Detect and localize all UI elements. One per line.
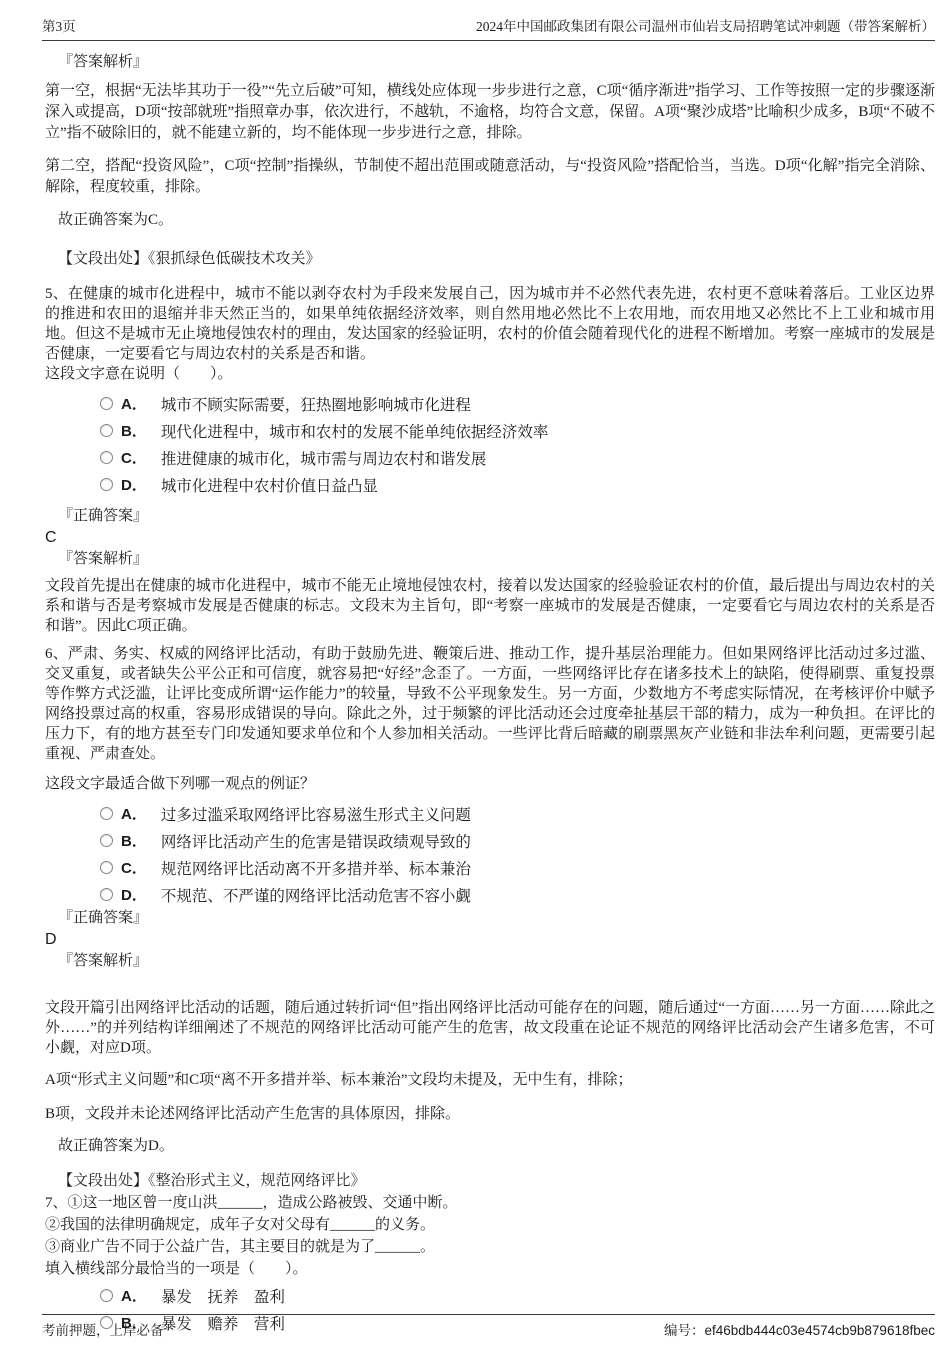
question-5-answer: C [45,527,935,549]
radio-button-icon[interactable] [100,1289,113,1302]
option-letter: C． [121,447,147,468]
question-6-options: A． 过多过滥采取网络评比容易滋生形式主义问题 B． 网络评比活动产生的危害是错… [45,800,935,908]
option-text: 规范网络评比活动离不开多措并举、标本兼治 [161,857,471,879]
exam-document-page: 第3页 2024年中国邮政集团有限公司温州市仙岩支局招聘笔试冲刺题（带答案解析）… [0,0,950,1345]
option-letter: B． [121,830,147,851]
radio-button-icon[interactable] [100,451,113,464]
radio-button-icon[interactable] [100,861,113,874]
page-number: 第3页 [42,18,76,35]
question-7-prompt: 填入横线部分最恰当的一项是（ ）。 [45,1258,935,1280]
option-text: 现代化进程中，城市和农村的发展不能单纯依据经济效率 [161,420,549,442]
radio-button-icon[interactable] [100,834,113,847]
option-letter: C． [121,857,147,878]
analysis-label: 『答案解析』 [58,52,935,73]
option-text: 过多过滥采取网络评比容易滋生形式主义问题 [161,803,471,825]
correct-answer-label: 『正确答案』 [58,506,935,527]
question-7-option-a[interactable]: A． 暴发 抚养 盈利 [45,1282,935,1309]
option-letter: D． [121,884,147,905]
question-5-option-d[interactable]: D． 城市化进程中农村价值日益凸显 [45,471,935,498]
analysis-paragraph: 第二空，搭配“投资风险”，C项“控制”指操纵，节制使不超出范围或随意活动，与“投… [45,156,935,198]
radio-button-icon[interactable] [100,807,113,820]
passage-source: 【文段出处】《狠抓绿色低碳技术攻关》 [58,249,935,270]
page-header: 第3页 2024年中国邮政集团有限公司温州市仙岩支局招聘笔试冲刺题（带答案解析） [42,18,935,41]
question-6-analysis: A项“形式主义问题”和C项“离不开多措并举、标本兼治”文段均未提及，无中生有，排… [45,1070,935,1090]
option-letter: B． [121,420,147,441]
option-text: 城市化进程中农村价值日益凸显 [161,474,378,496]
question-6-answer: D [45,929,935,951]
question-5-stem: 5、在健康的城市化进程中，城市不能以剥夺农村为手段来发展自己，因为城市并不必然代… [45,284,935,364]
option-letter: A． [121,803,147,824]
option-letter: D． [121,474,147,495]
question-6-stem: 6、严肃、务实、权威的网络评比活动，有助于鼓励先进、鞭策后进、推动工作，提升基层… [45,644,935,764]
analysis-conclusion: 故正确答案为D。 [58,1136,935,1157]
option-letter: A． [121,393,147,414]
document-id-value: ef46bdb444c03e4574cb9b879618fbec [705,1323,935,1338]
question-6-prompt: 这段文字最适合做下列哪一观点的例证？ [45,774,935,794]
question-5-option-c[interactable]: C． 推进健康的城市化，城市需与周边农村和谐发展 [45,444,935,471]
option-letter: A． [121,1285,147,1306]
page-footer: 考前押题，上岸必备 编号：ef46bdb444c03e4574cb9b87961… [42,1314,935,1339]
analysis-conclusion: 故正确答案为C。 [58,210,935,231]
option-text: 推进健康的城市化，城市需与周边农村和谐发展 [161,447,487,469]
question-6-option-d[interactable]: D． 不规范、不严谨的网络评比活动危害不容小觑 [45,881,935,908]
option-text: 网络评比活动产生的危害是错误政绩观导致的 [161,830,471,852]
document-id: 编号：ef46bdb444c03e4574cb9b879618fbec [664,1322,935,1339]
question-7-stem-line-3: ③商业广告不同于公益广告，其主要目的就是为了______。 [45,1236,935,1258]
question-6-analysis: 文段开篇引出网络评比活动的话题，随后通过转折词“但”指出网络评比活动可能存在的问… [45,998,935,1058]
question-6-option-b[interactable]: B． 网络评比活动产生的危害是错误政绩观导致的 [45,827,935,854]
radio-button-icon[interactable] [100,424,113,437]
radio-button-icon[interactable] [100,888,113,901]
analysis-label: 『答案解析』 [58,951,935,972]
document-title: 2024年中国邮政集团有限公司温州市仙岩支局招聘笔试冲刺题（带答案解析） [476,18,935,35]
correct-answer-label: 『正确答案』 [58,908,935,929]
question-7-stem-line-2: ②我国的法律明确规定，成年子女对父母有______的义务。 [45,1214,935,1236]
question-5-options: A． 城市不顾实际需要，狂热圈地影响城市化进程 B． 现代化进程中，城市和农村的… [45,390,935,498]
question-5-option-a[interactable]: A． 城市不顾实际需要，狂热圈地影响城市化进程 [45,390,935,417]
question-5-analysis: 文段首先提出在健康的城市化进程中，城市不能无止境地侵蚀农村，接着以发达国家的经验… [45,576,935,636]
passage-source: 【文段出处】《整治形式主义，规范网络评比》 [58,1171,935,1192]
option-text: 暴发 抚养 盈利 [161,1285,285,1307]
question-6-option-c[interactable]: C． 规范网络评比活动离不开多措并举、标本兼治 [45,854,935,881]
page-content: 『答案解析』 第一空，根据“无法毕其功于一役”“先立后破”可知，横线处应体现一步… [45,46,935,1336]
question-6-option-a[interactable]: A． 过多过滥采取网络评比容易滋生形式主义问题 [45,800,935,827]
option-text: 不规范、不严谨的网络评比活动危害不容小觑 [161,884,471,906]
footer-slogan: 考前押题，上岸必备 [42,1322,164,1339]
document-id-label: 编号： [664,1323,705,1338]
question-7-stem-line-1: 7、①这一地区曾一度山洪______，造成公路被毁、交通中断。 [45,1192,935,1214]
option-text: 城市不顾实际需要，狂热圈地影响城市化进程 [161,393,471,415]
analysis-paragraph: 第一空，根据“无法毕其功于一役”“先立后破”可知，横线处应体现一步步进行之意，C… [45,81,935,144]
radio-button-icon[interactable] [100,478,113,491]
radio-button-icon[interactable] [100,397,113,410]
question-6-analysis: B项，文段并未论述网络评比活动产生危害的具体原因，排除。 [45,1104,935,1124]
question-5-prompt: 这段文字意在说明（ ）。 [45,364,935,384]
analysis-label: 『答案解析』 [58,549,935,570]
question-5-option-b[interactable]: B． 现代化进程中，城市和农村的发展不能单纯依据经济效率 [45,417,935,444]
